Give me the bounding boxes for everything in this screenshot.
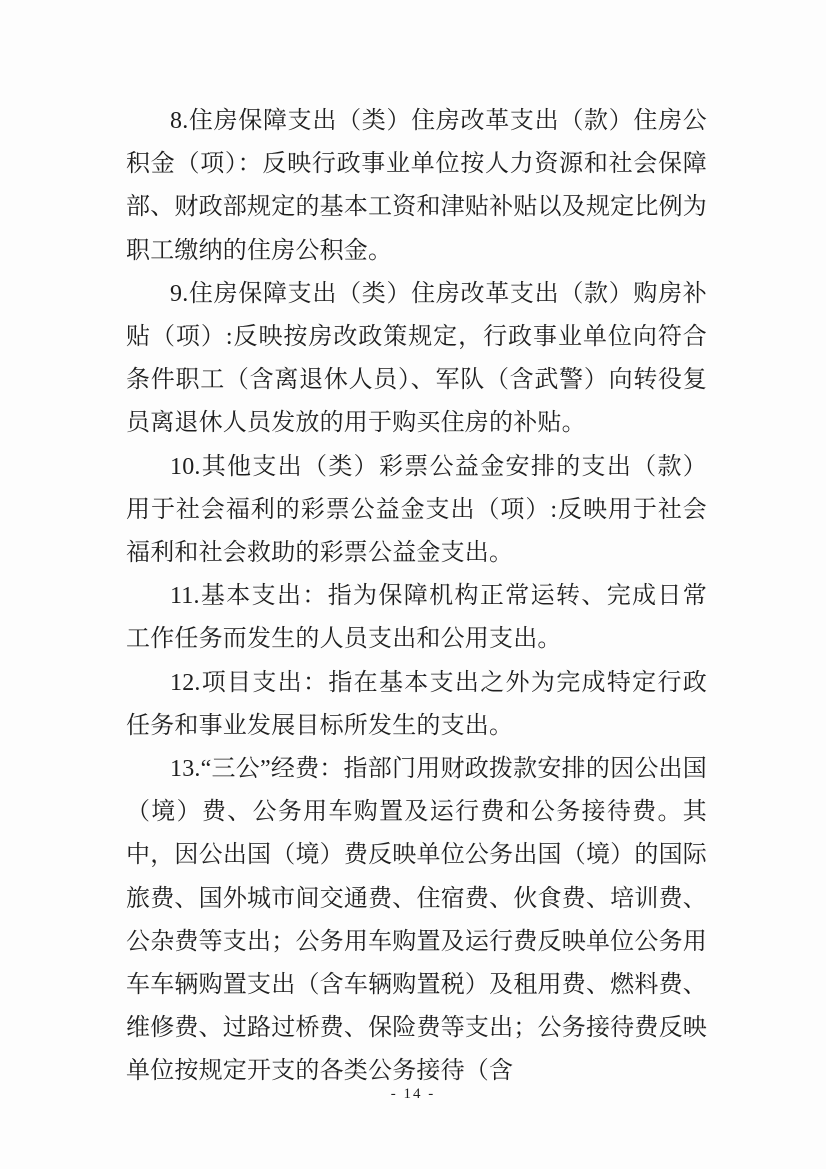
document-body: 8.住房保障支出（类）住房改革支出（款）住房公积金（项）：反映行政事业单位按人力… (126, 100, 707, 1094)
paragraph-12-project-expenditure: 12.项目支出：指在基本支出之外为完成特定行政任务和事业发展目标所发生的支出。 (126, 662, 707, 748)
paragraph-8-housing-fund: 8.住房保障支出（类）住房改革支出（款）住房公积金（项）：反映行政事业单位按人力… (126, 100, 707, 273)
paragraph-13-three-public-funds: 13.“三公”经费：指部门用财政拨款安排的因公出国（境）费、公务用车购置及运行费… (126, 748, 707, 1094)
paragraph-10-lottery-welfare: 10.其他支出（类）彩票公益金安排的支出（款）用于社会福利的彩票公益金支出（项）… (126, 446, 707, 576)
page-footer: - 14 - (0, 1085, 826, 1103)
paragraph-9-housing-subsidy: 9.住房保障支出（类）住房改革支出（款）购房补贴（项）:反映按房改政策规定，行政… (126, 273, 707, 446)
page-number: - 14 - (391, 1086, 436, 1102)
document-page: 8.住房保障支出（类）住房改革支出（款）住房公积金（项）：反映行政事业单位按人力… (0, 0, 826, 1169)
paragraph-11-basic-expenditure: 11.基本支出：指为保障机构正常运转、完成日常工作任务而发生的人员支出和公用支出… (126, 575, 707, 661)
